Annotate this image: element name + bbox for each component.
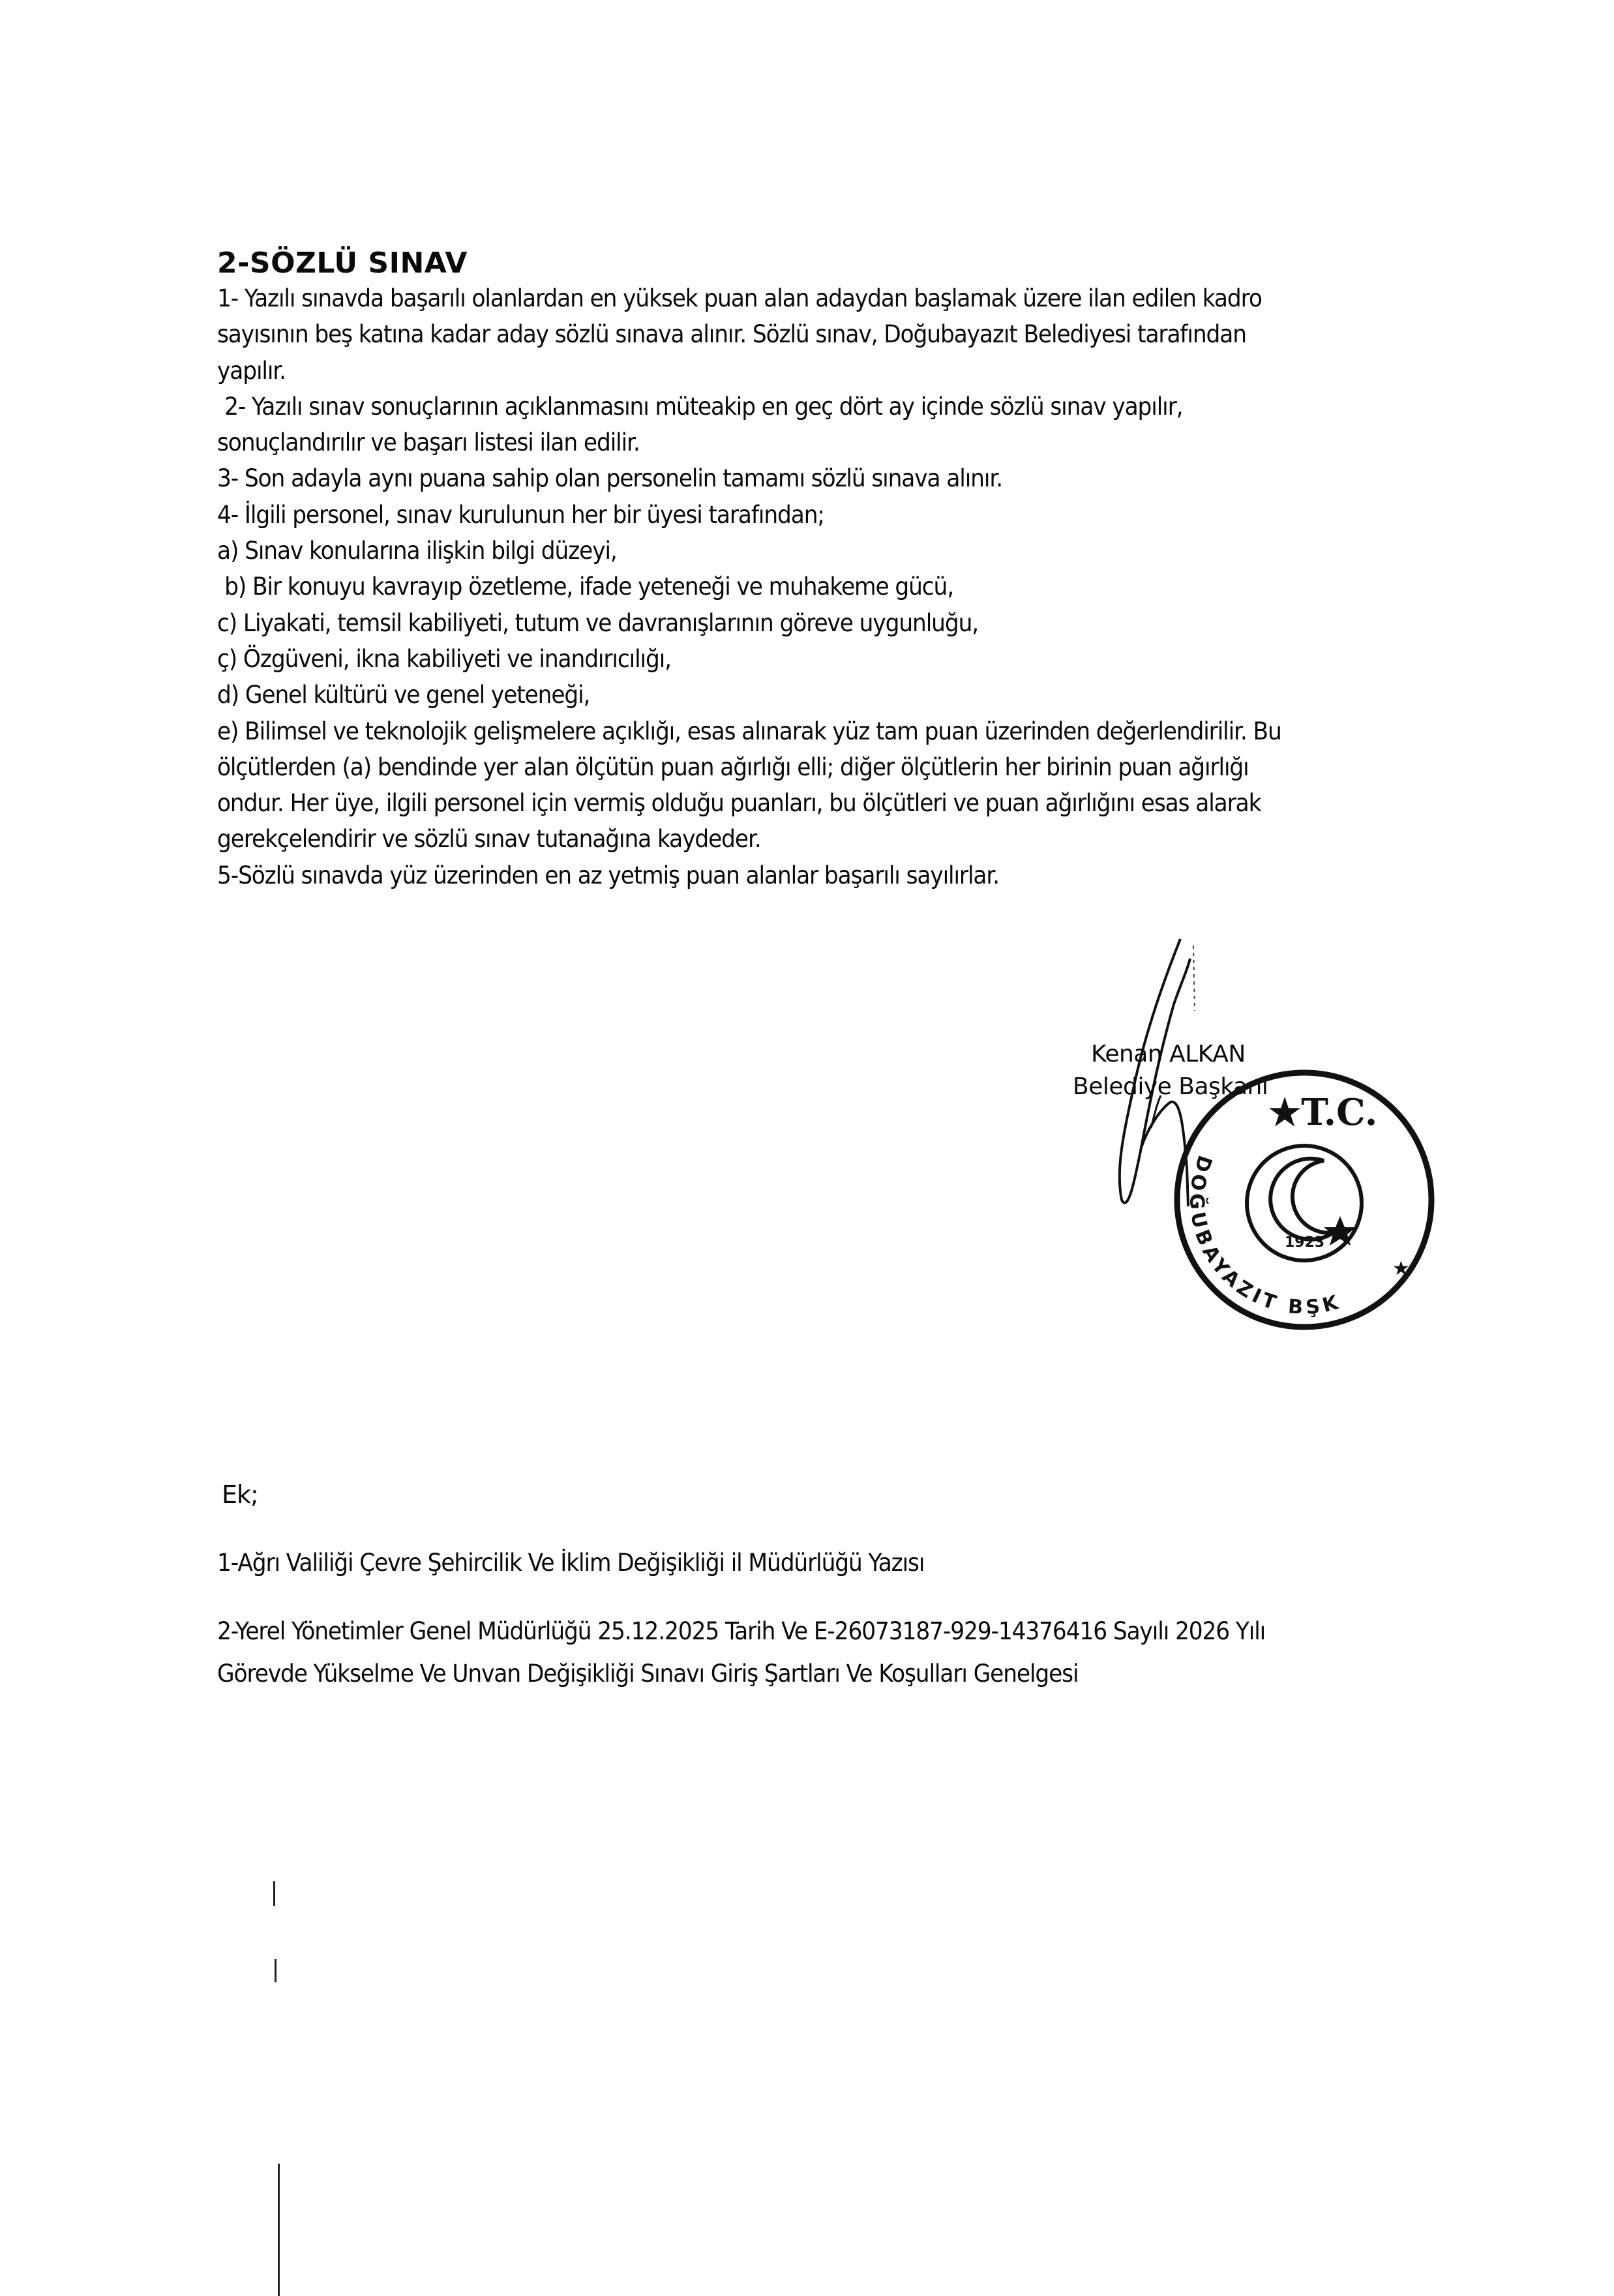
exam-rules-body: 1- Yazılı sınavda başarılı olanlardan en… [217, 280, 1442, 893]
criteria-item-d: d) Genel kültürü ve genel yeteneği, [217, 677, 1442, 713]
paragraph-line: gerekçelendirir ve sözlü sınav tutanağın… [217, 821, 1442, 857]
paragraph-line: yapılır. [217, 353, 1442, 389]
scan-margin-mark [278, 2164, 280, 2296]
criteria-item-e: e) Bilimsel ve teknolojik gelişmelere aç… [217, 713, 1442, 749]
paragraph-line: 3- Son adayla aynı puana sahip olan pers… [217, 460, 1442, 496]
scan-margin-mark [275, 1959, 276, 1982]
attachments-label: Ek; [222, 1480, 258, 1509]
svg-text:1923: 1923 [1285, 1234, 1324, 1251]
svg-text:★: ★ [1392, 1258, 1410, 1279]
attachment-item: 1-Ağrı Valiliği Çevre Şehircilik Ve İkli… [217, 1549, 924, 1577]
criteria-item-b: b) Bir konuyu kavrayıp özetleme, ifade y… [217, 569, 1442, 604]
paragraph-line: 4- İlgili personel, sınav kurulunun her … [217, 497, 1442, 533]
criteria-item-c: c) Liyakati, temsil kabiliyeti, tutum ve… [217, 605, 1442, 641]
document-page: 2-SÖZLÜ SINAV 1- Yazılı sınavda başarılı… [0, 0, 1614, 2296]
paragraph-line: ölçütlerden (a) bendinde yer alan ölçütü… [217, 749, 1442, 785]
official-stamp-icon: ★T.C. 1923 DOĞUBAYAZIT BŞK ★ [1161, 1056, 1448, 1343]
scan-margin-mark [273, 1881, 275, 1906]
section-heading: 2-SÖZLÜ SINAV [217, 246, 468, 280]
paragraph-line: 2- Yazılı sınav sonuçlarının açıklanması… [217, 389, 1442, 425]
svg-text:★T.C.: ★T.C. [1268, 1091, 1377, 1134]
paragraph-line: 1- Yazılı sınavda başarılı olanlardan en… [217, 280, 1442, 316]
paragraph-line: ondur. Her üye, ilgili personel için ver… [217, 785, 1442, 821]
criteria-item-c-cedilla: ç) Özgüveni, ikna kabiliyeti ve inandırı… [217, 641, 1442, 677]
attachment-item-continued: Görevde Yükselme Ve Unvan Değişikliği Sı… [217, 1660, 1078, 1688]
attachment-item: 2-Yerel Yönetimler Genel Müdürlüğü 25.12… [217, 1617, 1265, 1645]
criteria-item-a: a) Sınav konularına ilişkin bilgi düzeyi… [217, 533, 1442, 569]
paragraph-line: sayısının beş katına kadar aday sözlü sı… [217, 316, 1442, 352]
paragraph-line: sonuçlandırılır ve başarı listesi ilan e… [217, 425, 1442, 460]
paragraph-line: 5-Sözlü sınavda yüz üzerinden en az yetm… [217, 857, 1442, 893]
